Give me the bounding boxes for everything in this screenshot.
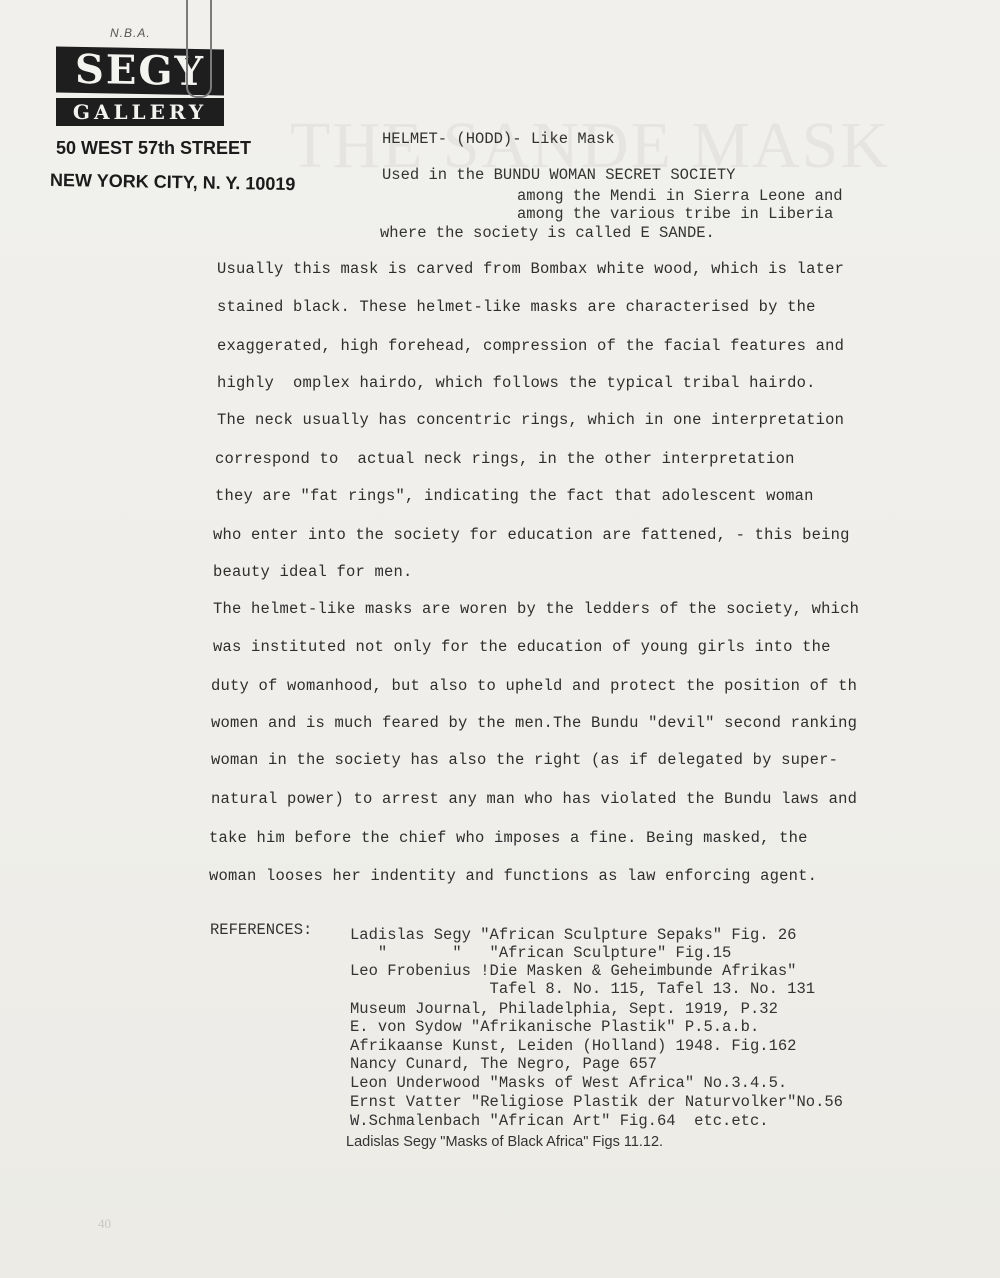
address-city: NEW YORK CITY, N. Y. 10019 xyxy=(50,170,296,195)
body-line: natural power) to arrest any man who has… xyxy=(211,790,857,808)
paperclip-icon xyxy=(186,0,212,98)
body-line: stained black. These helmet-like masks a… xyxy=(217,298,816,316)
reference-entry: " " "African Sculpture" Fig.15 xyxy=(350,944,731,962)
body-line: Usually this mask is carved from Bombax … xyxy=(217,260,844,278)
subtitle-indent-1: among the Mendi in Sierra Leone and xyxy=(517,187,843,205)
body-line: The neck usually has concentric rings, w… xyxy=(217,411,844,429)
body-line: they are "fat rings", indicating the fac… xyxy=(215,487,814,505)
body-line: beauty ideal for men. xyxy=(213,563,413,581)
body-line: exaggerated, high forehead, compression … xyxy=(217,337,844,355)
reference-entry: Leon Underwood "Masks of West Africa" No… xyxy=(350,1074,787,1092)
handwritten-note: N.B.A. xyxy=(110,26,151,40)
body-line: who enter into the society for education… xyxy=(213,526,850,544)
body-line: was instituted not only for the educatio… xyxy=(213,638,831,656)
body-line: highly omplex hairdo, which follows the … xyxy=(217,374,816,392)
subtitle-where: where the society is called E SANDE. xyxy=(380,224,715,242)
reference-entry: Ladislas Segy "Masks of Black Africa" Fi… xyxy=(346,1133,663,1151)
body-line: woman looses her indentity and functions… xyxy=(209,867,817,885)
address-street: 50 WEST 57th STREET xyxy=(56,138,251,159)
reference-entry: Leo Frobenius !Die Masken & Geheimbunde … xyxy=(350,962,796,980)
bleed-through-page-number: 40 xyxy=(98,1216,111,1232)
reference-entry: Afrikaanse Kunst, Leiden (Holland) 1948.… xyxy=(350,1037,796,1055)
subtitle-indent-2: among the various tribe in Liberia xyxy=(517,205,833,223)
document-title: HELMET- (HODD)- Like Mask xyxy=(382,130,615,148)
body-line: correspond to actual neck rings, in the … xyxy=(215,450,795,468)
document-page: THE SANDE MASK N.B.A. SEGY GALLERY 50 WE… xyxy=(0,0,1000,1278)
reference-entry: Tafel 8. No. 115, Tafel 13. No. 131 xyxy=(350,980,815,998)
reference-entry: W.Schmalenbach "African Art" Fig.64 etc.… xyxy=(350,1112,769,1130)
body-line: woman in the society has also the right … xyxy=(211,751,838,769)
references-label: REFERENCES: xyxy=(210,921,312,939)
reference-entry: E. von Sydow "Afrikanische Plastik" P.5.… xyxy=(350,1018,759,1036)
reference-entry: Museum Journal, Philadelphia, Sept. 1919… xyxy=(350,1000,778,1018)
reference-entry: Ladislas Segy "African Sculpture Sepaks"… xyxy=(350,926,796,944)
body-line: The helmet-like masks are woren by the l… xyxy=(213,600,859,618)
reference-entry: Nancy Cunard, The Negro, Page 657 xyxy=(350,1055,657,1073)
reference-entry: Ernst Vatter "Religiose Plastik der Natu… xyxy=(350,1093,843,1111)
body-line: women and is much feared by the men.The … xyxy=(211,714,857,732)
body-line: take him before the chief who imposes a … xyxy=(209,829,808,847)
body-line: duty of womanhood, but also to upheld an… xyxy=(211,677,857,695)
logo-bottom-text: GALLERY xyxy=(56,98,224,126)
subtitle-used: Used in the BUNDU WOMAN SECRET SOCIETY xyxy=(382,166,735,184)
